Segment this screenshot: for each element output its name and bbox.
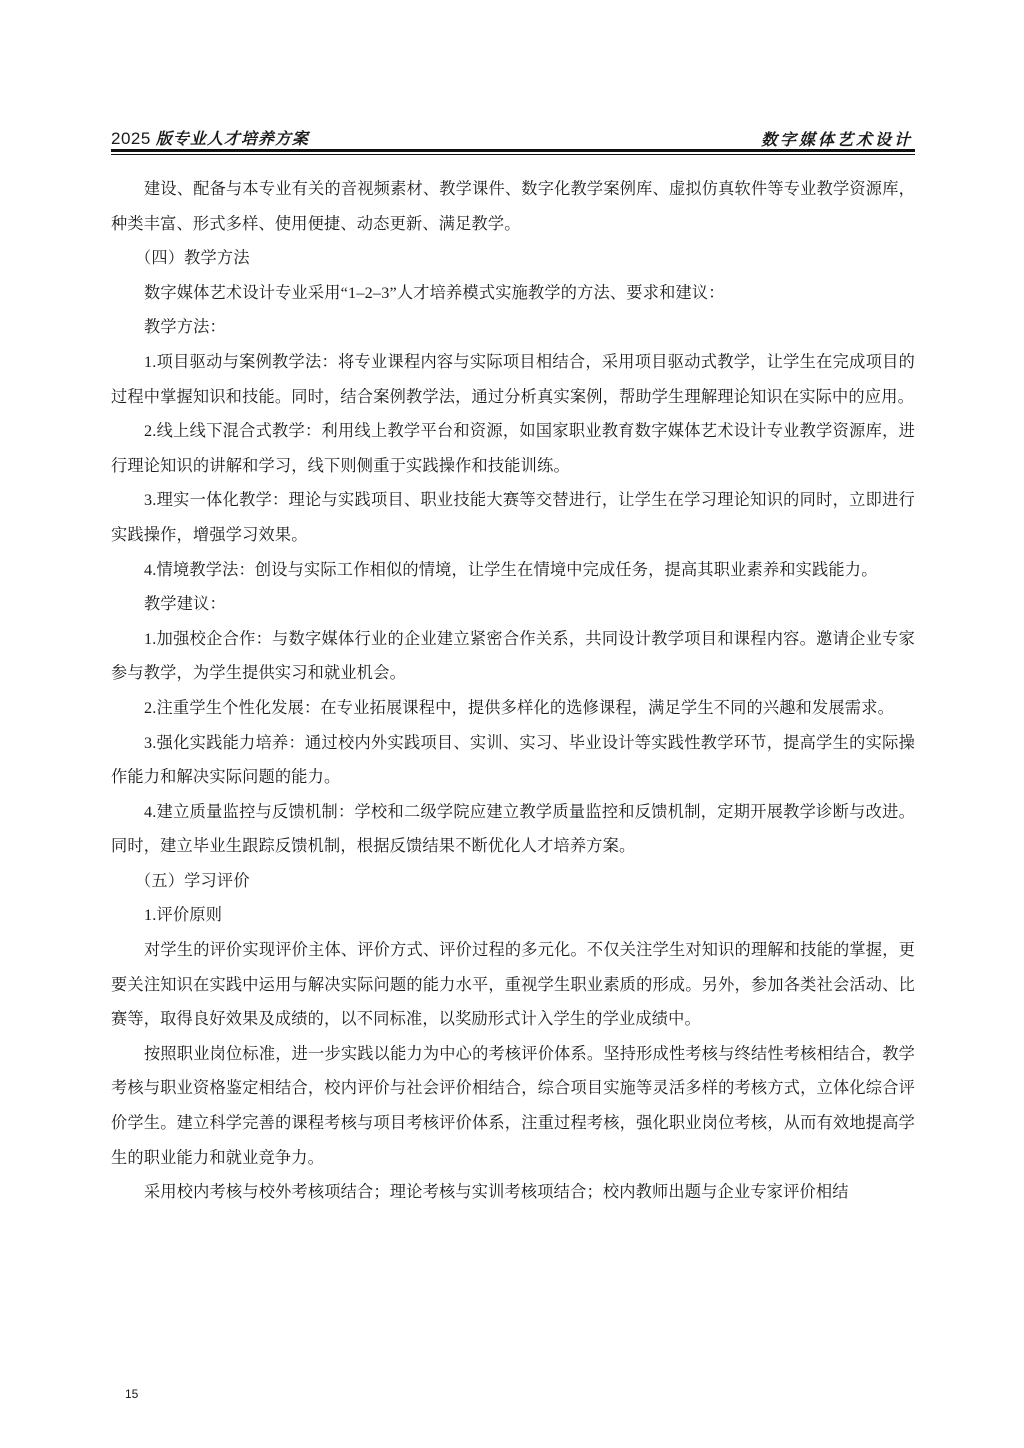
paragraph-evaluation-diversity: 对学生的评价实现评价主体、评价方式、评价过程的多元化。不仅关注学生对知识的理解和… [111,933,915,1037]
list-item-method-2: 2.线上线下混合式教学：利用线上教学平台和资源，如国家职业教育数字媒体艺术设计专… [111,414,915,483]
page-body: 建设、配备与本专业有关的音视频素材、教学课件、数字化教学案例库、虚拟仿真软件等专… [111,172,915,1210]
paragraph-assessment-combination: 采用校内考核与校外考核项结合；理论考核与实训考核项结合；校内教师出题与企业专家评… [111,1175,915,1210]
paragraph-competency-assessment: 按照职业岗位标准，进一步实践以能力为中心的考核评价体系。坚持形成性考核与终结性考… [111,1037,915,1175]
list-item-method-1: 1.项目驱动与案例教学法：将专业课程内容与实际项目相结合，采用项目驱动式教学，让… [111,345,915,414]
subheading-teaching-suggestions: 教学建议： [111,587,915,622]
list-item-method-3: 3.理实一体化教学：理论与实践项目、职业技能大赛等交替进行，让学生在学习理论知识… [111,483,915,552]
list-item-suggestion-4: 4.建立质量监控与反馈机制：学校和二级学院应建立教学质量监控和反馈机制，定期开展… [111,795,915,864]
paragraph-resources: 建设、配备与本专业有关的音视频素材、教学课件、数字化教学案例库、虚拟仿真软件等专… [111,172,915,241]
running-header: 2025 版专业人才培养方案 数字媒体艺术设计 [111,124,915,158]
header-major-name: 数字媒体艺术设计 [761,127,913,150]
list-item-suggestion-2: 2.注重学生个性化发展：在专业拓展课程中，提供多样化的选修课程，满足学生不同的兴… [111,691,915,726]
section-heading-learning-evaluation: （五）学习评价 [111,864,915,899]
list-item-suggestion-3: 3.强化实践能力培养：通过校内外实践项目、实训、实习、毕业设计等实践性教学环节，… [111,726,915,795]
page-number: 15 [125,1387,138,1401]
list-item-method-4: 4.情境教学法：创设与实际工作相似的情境，让学生在情境中完成任务，提高其职业素养… [111,553,915,588]
header-rule-thick [111,149,915,152]
header-document-title: 2025 版专业人才培养方案 [111,126,309,149]
header-plan-title: 版专业人才培养方案 [151,131,309,148]
subheading-evaluation-principles: 1.评价原则 [111,898,915,933]
section-heading-teaching-methods: （四）教学方法 [111,241,915,276]
subheading-teaching-methods: 教学方法： [111,310,915,345]
header-year: 2025 [111,129,151,148]
paragraph-intro-123-model: 数字媒体艺术设计专业采用“1–2–3”人才培养模式实施教学的方法、要求和建议： [111,276,915,311]
list-item-suggestion-1: 1.加强校企合作：与数字媒体行业的企业建立紧密合作关系，共同设计教学项目和课程内… [111,622,915,691]
header-rule-thin [111,154,915,155]
